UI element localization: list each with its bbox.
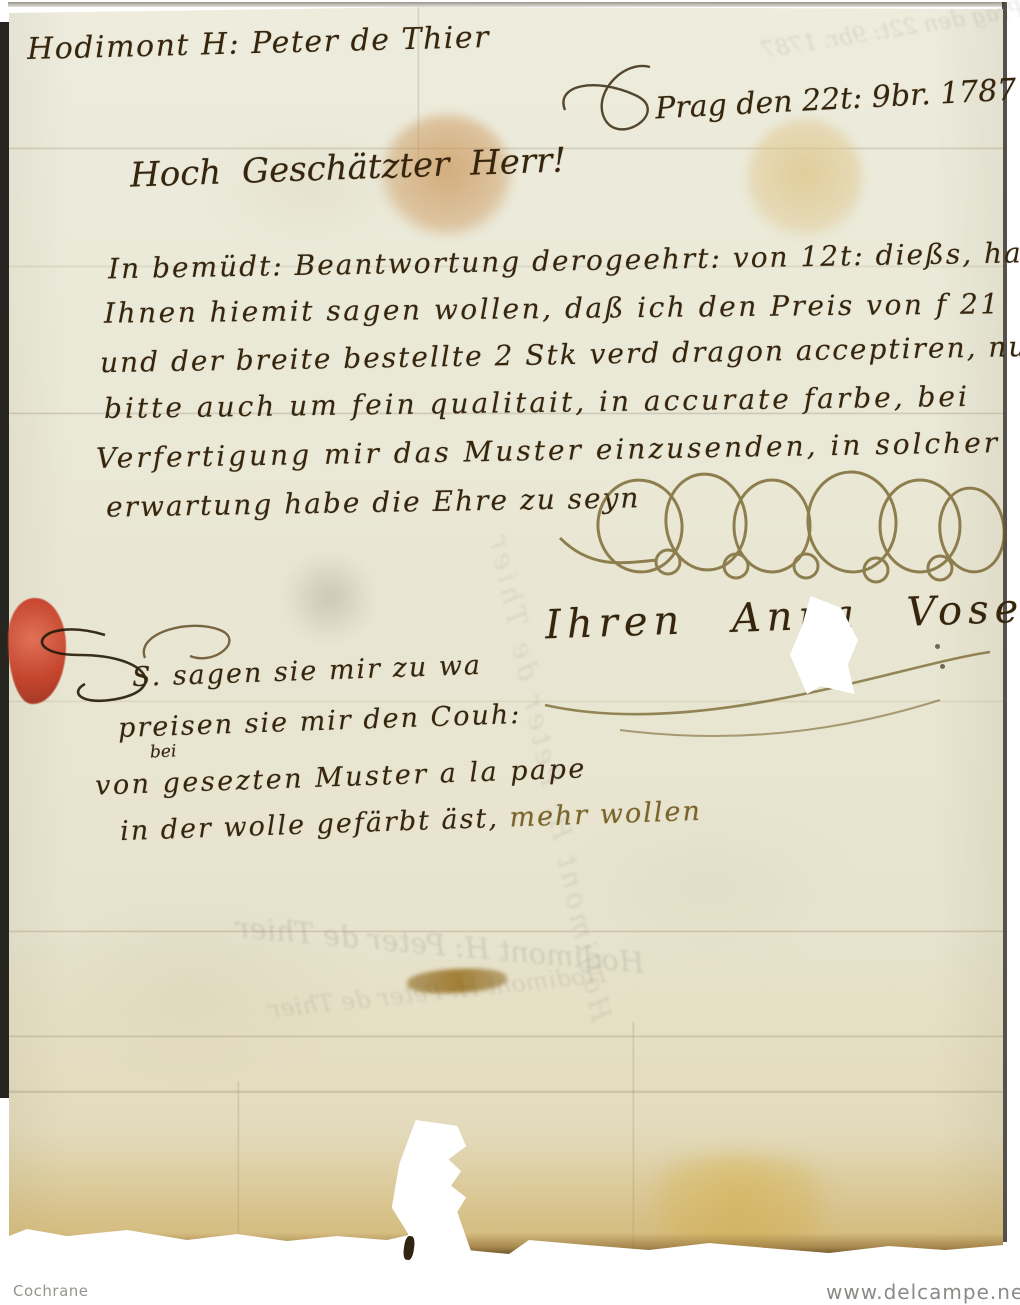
fold-line [9,930,1003,933]
signature-swash [540,630,1000,740]
paper-torn-bottom-edge [9,1233,1003,1259]
watermark-cochrane: Cochrane [13,1282,89,1300]
stain-gray-middle [281,555,377,639]
scan-edge-top [8,2,1004,7]
postscript-insertion: bei [149,741,176,762]
pen-flourish-loops [560,468,1010,588]
fold-line [9,1035,1003,1038]
fold-line [9,1090,1003,1094]
watermark-delcampe: www.delcampe.net [826,1280,1020,1304]
stain-tan-top-right [747,119,863,239]
ink-dot [940,664,945,669]
scanned-letter-page: Prag den 22t: 9br. 1787 Hodimont H: Pete… [0,0,1020,1305]
scan-edge-left [0,22,9,1098]
ink-dot [935,644,940,649]
